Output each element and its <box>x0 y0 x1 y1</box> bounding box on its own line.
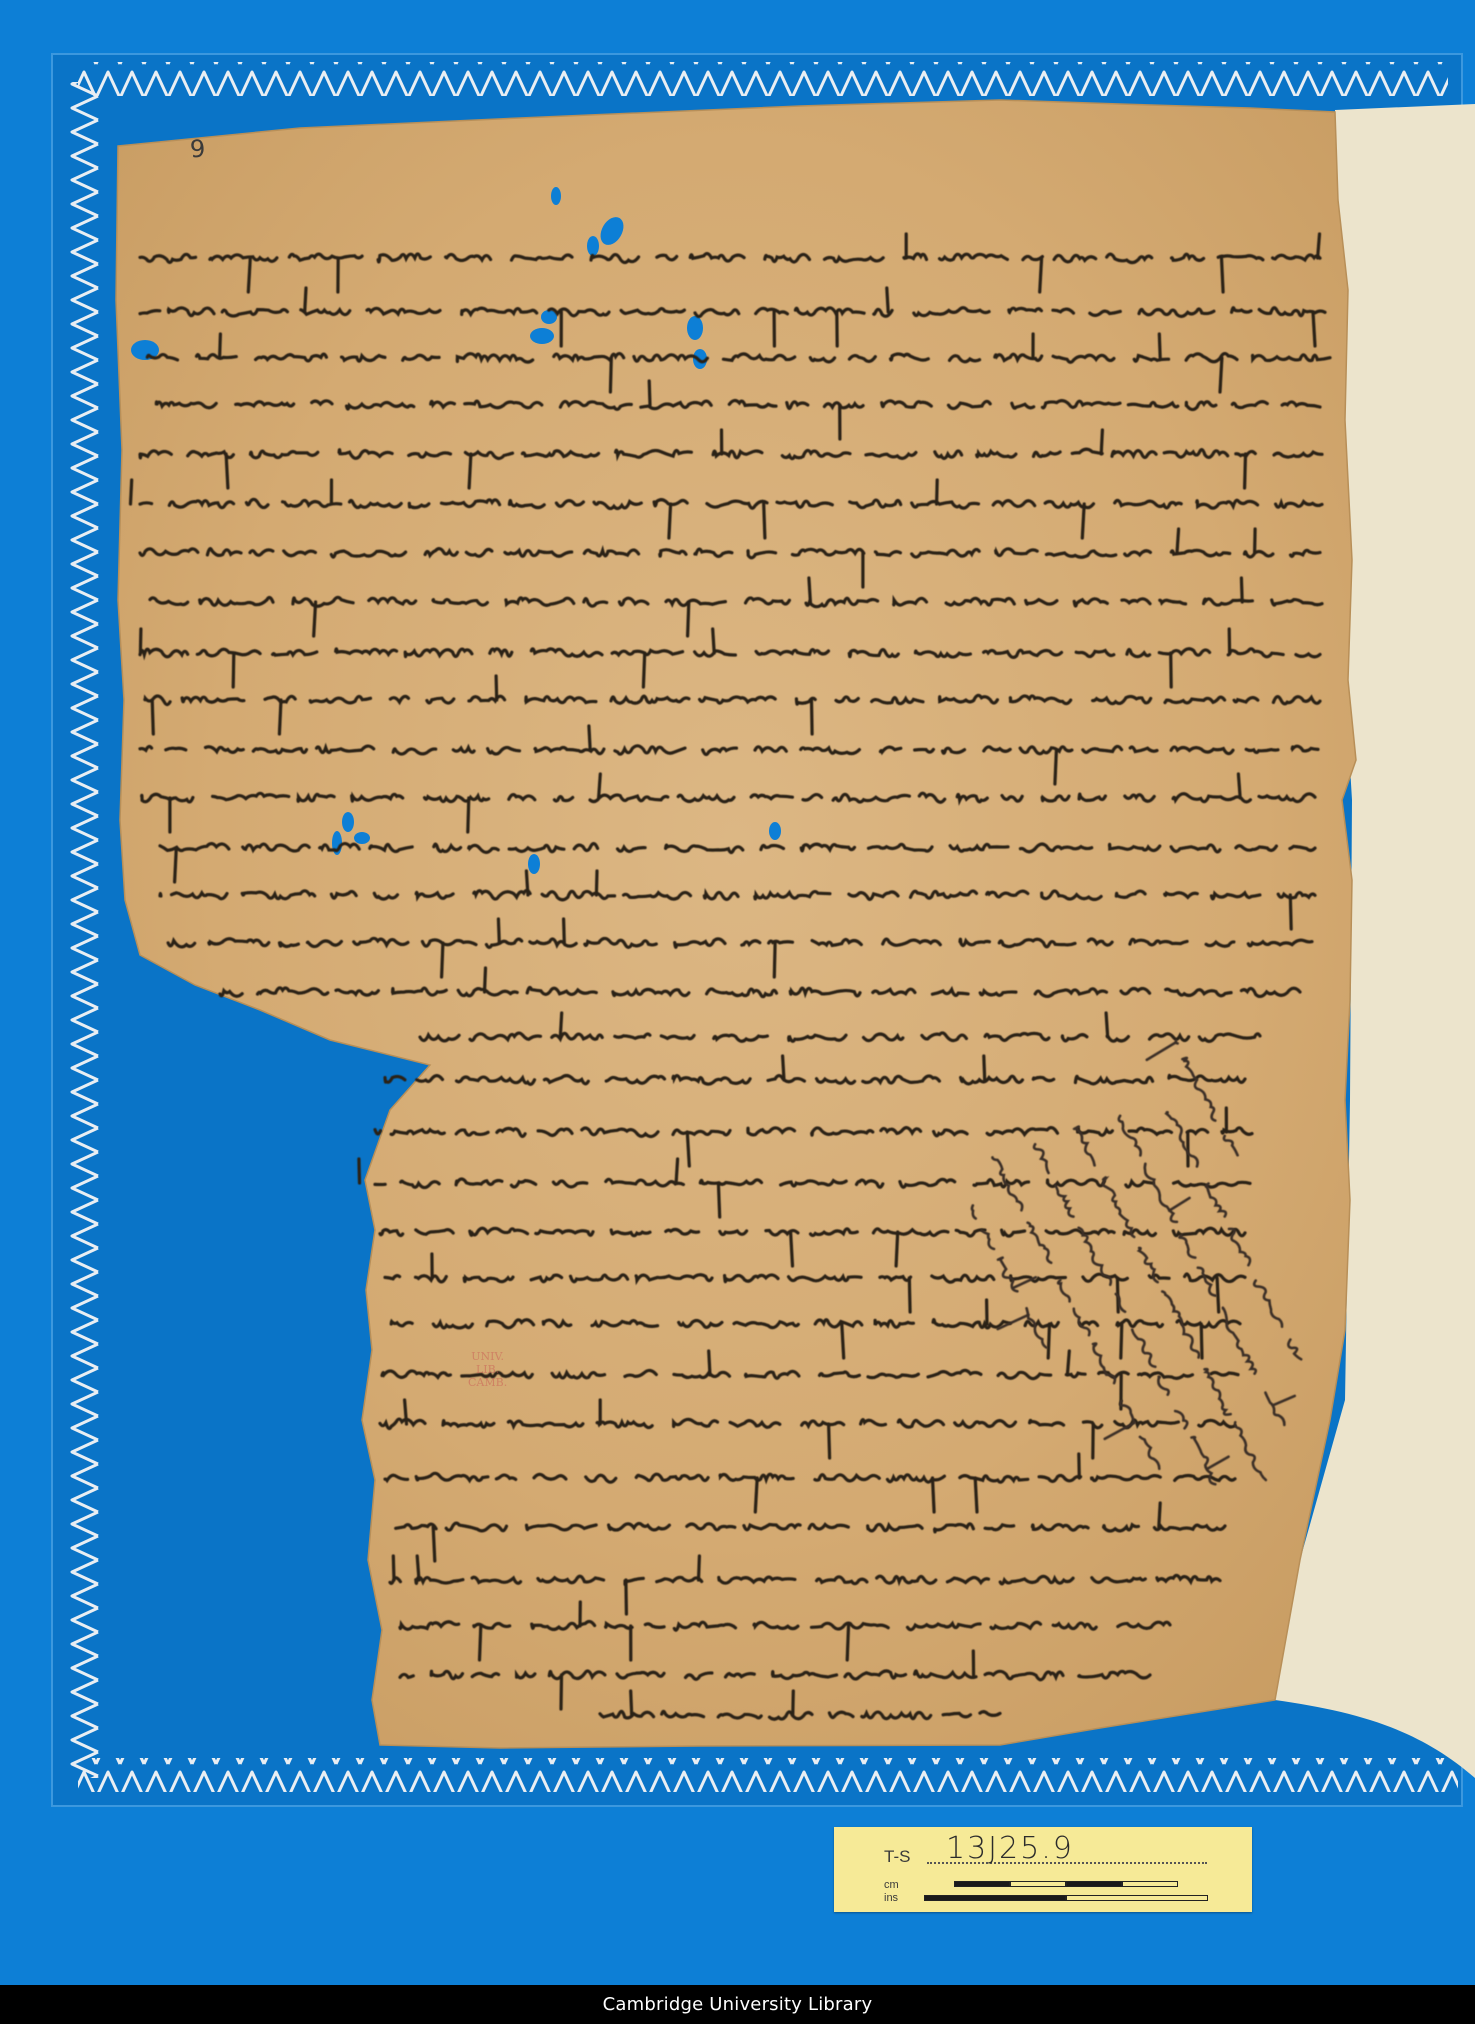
scale-bar-in-1 <box>924 1895 1066 1901</box>
stamp-line-2: LIB. <box>468 1363 507 1376</box>
shelfmark-label: T-S 13J25.9 cm ins <box>834 1827 1252 1912</box>
footer-credit: Cambridge University Library <box>603 1994 873 2015</box>
stitching-top <box>78 62 1448 96</box>
scale-bar-cm-2 <box>1010 1881 1066 1887</box>
stamp-line-3: CAMB. <box>468 1376 507 1389</box>
shelfmark-value: 13J25.9 <box>946 1831 1074 1866</box>
scale-bar-cm-4 <box>1122 1881 1178 1887</box>
stamp-line-1: UNIV. <box>468 1350 507 1363</box>
scale-bar-cm-3 <box>1066 1881 1122 1887</box>
page-number-mark: 9 <box>189 135 206 164</box>
scale-cm-label: cm <box>884 1879 899 1891</box>
scale-bar-cm-1 <box>954 1881 1010 1887</box>
label-prefix: T-S <box>884 1847 910 1867</box>
scale-bar-in-2 <box>1066 1895 1208 1901</box>
scale-ins-label: ins <box>884 1892 898 1904</box>
library-stamp: UNIV. LIB. CAMB. <box>468 1350 507 1389</box>
footer-credit-bar: Cambridge University Library <box>0 1985 1475 2024</box>
stitching-left <box>68 82 102 1778</box>
stitching-bottom <box>78 1758 1458 1792</box>
manuscript-photograph <box>0 0 1475 1985</box>
